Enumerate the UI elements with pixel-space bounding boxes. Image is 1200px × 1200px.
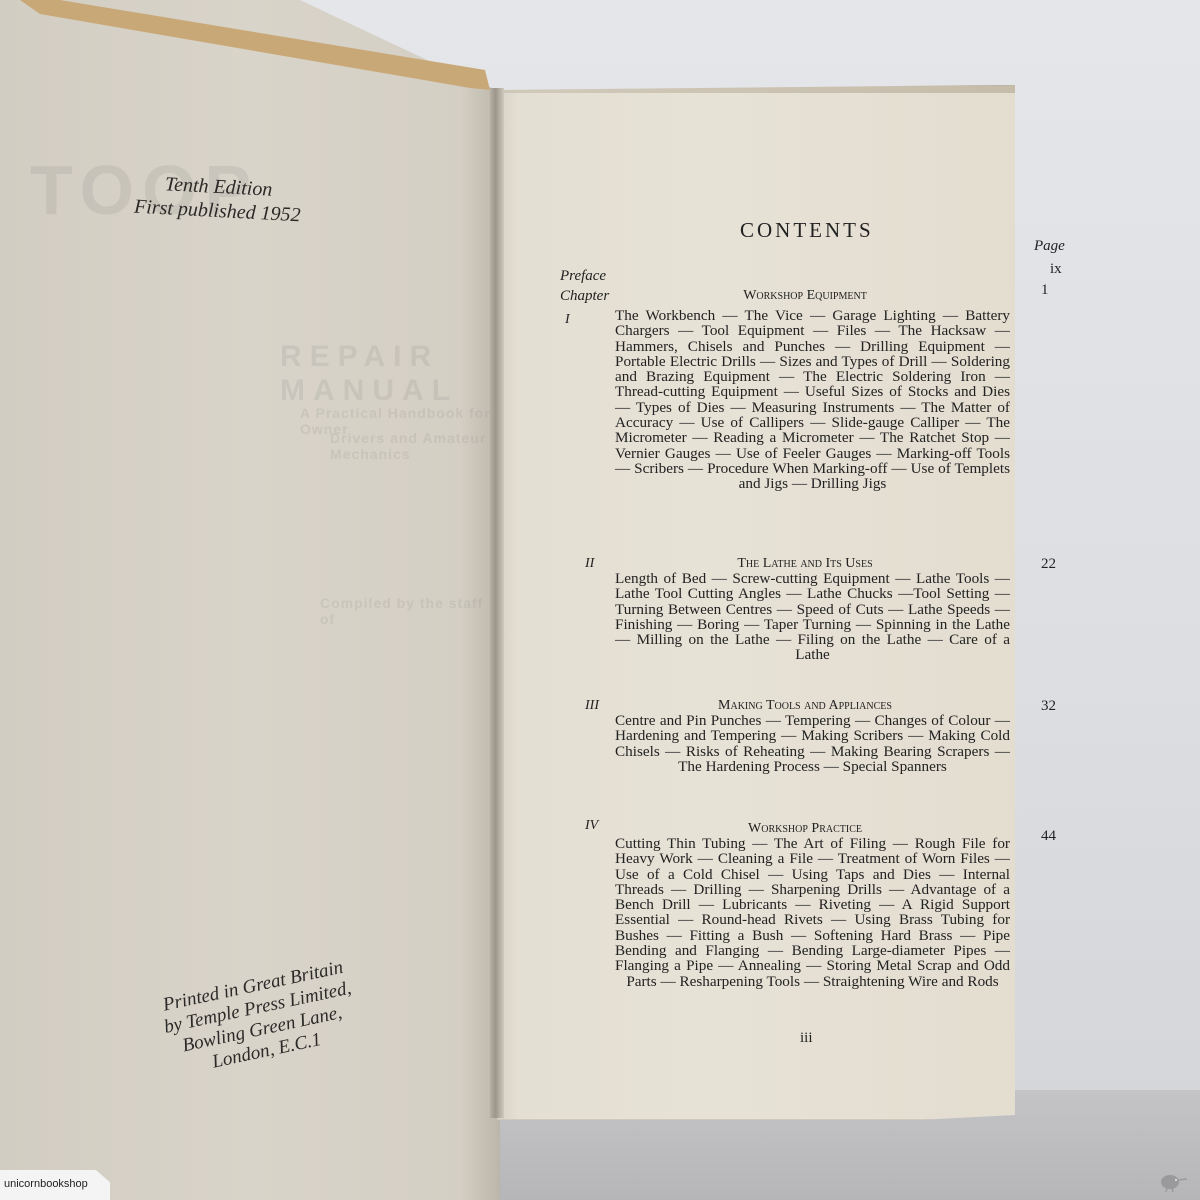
shop-watermark-badge: unicornbookshop — [0, 1170, 110, 1200]
chapter-number: I — [565, 312, 570, 328]
chapter-page: 1 — [1041, 282, 1049, 299]
chapter-topics: Cutting Thin Tubing — The Art of Filing … — [615, 836, 1010, 989]
ghost-compiled: Compiled by the staff of — [320, 595, 500, 627]
chapter-number: III — [585, 698, 599, 714]
chapter-page: 22 — [1041, 556, 1056, 573]
chapter-topics: The Workbench — The Vice — Garage Lighti… — [615, 308, 1010, 492]
chapter-topics: Centre and Pin Punches — Tempering — Cha… — [615, 713, 1010, 774]
chapter-title: Workshop Equipment — [610, 288, 1000, 304]
chapter-page: 32 — [1041, 698, 1056, 715]
chapter-number: IV — [585, 818, 598, 834]
ghost-title: REPAIR MANUAL — [280, 340, 500, 408]
chapter-topics: Length of Bed — Screw-cutting Equipment … — [615, 571, 1010, 663]
contents-title: CONTENTS — [740, 218, 874, 243]
page-column-header: Page — [1034, 238, 1065, 255]
chapter-page: 44 — [1041, 828, 1056, 845]
chapter-number: II — [585, 556, 594, 572]
shop-name: unicornbookshop — [4, 1178, 88, 1190]
chapter-column-label: Chapter — [560, 288, 609, 305]
ghost-subtitle-2: Drivers and Amateur Mechanics — [330, 430, 500, 462]
page-folio: iii — [800, 1030, 813, 1047]
kiwi-bird-icon — [1158, 1172, 1188, 1192]
preface-page: ix — [1050, 261, 1062, 278]
preface-label: Preface — [560, 268, 606, 285]
book-gutter — [490, 88, 504, 1118]
